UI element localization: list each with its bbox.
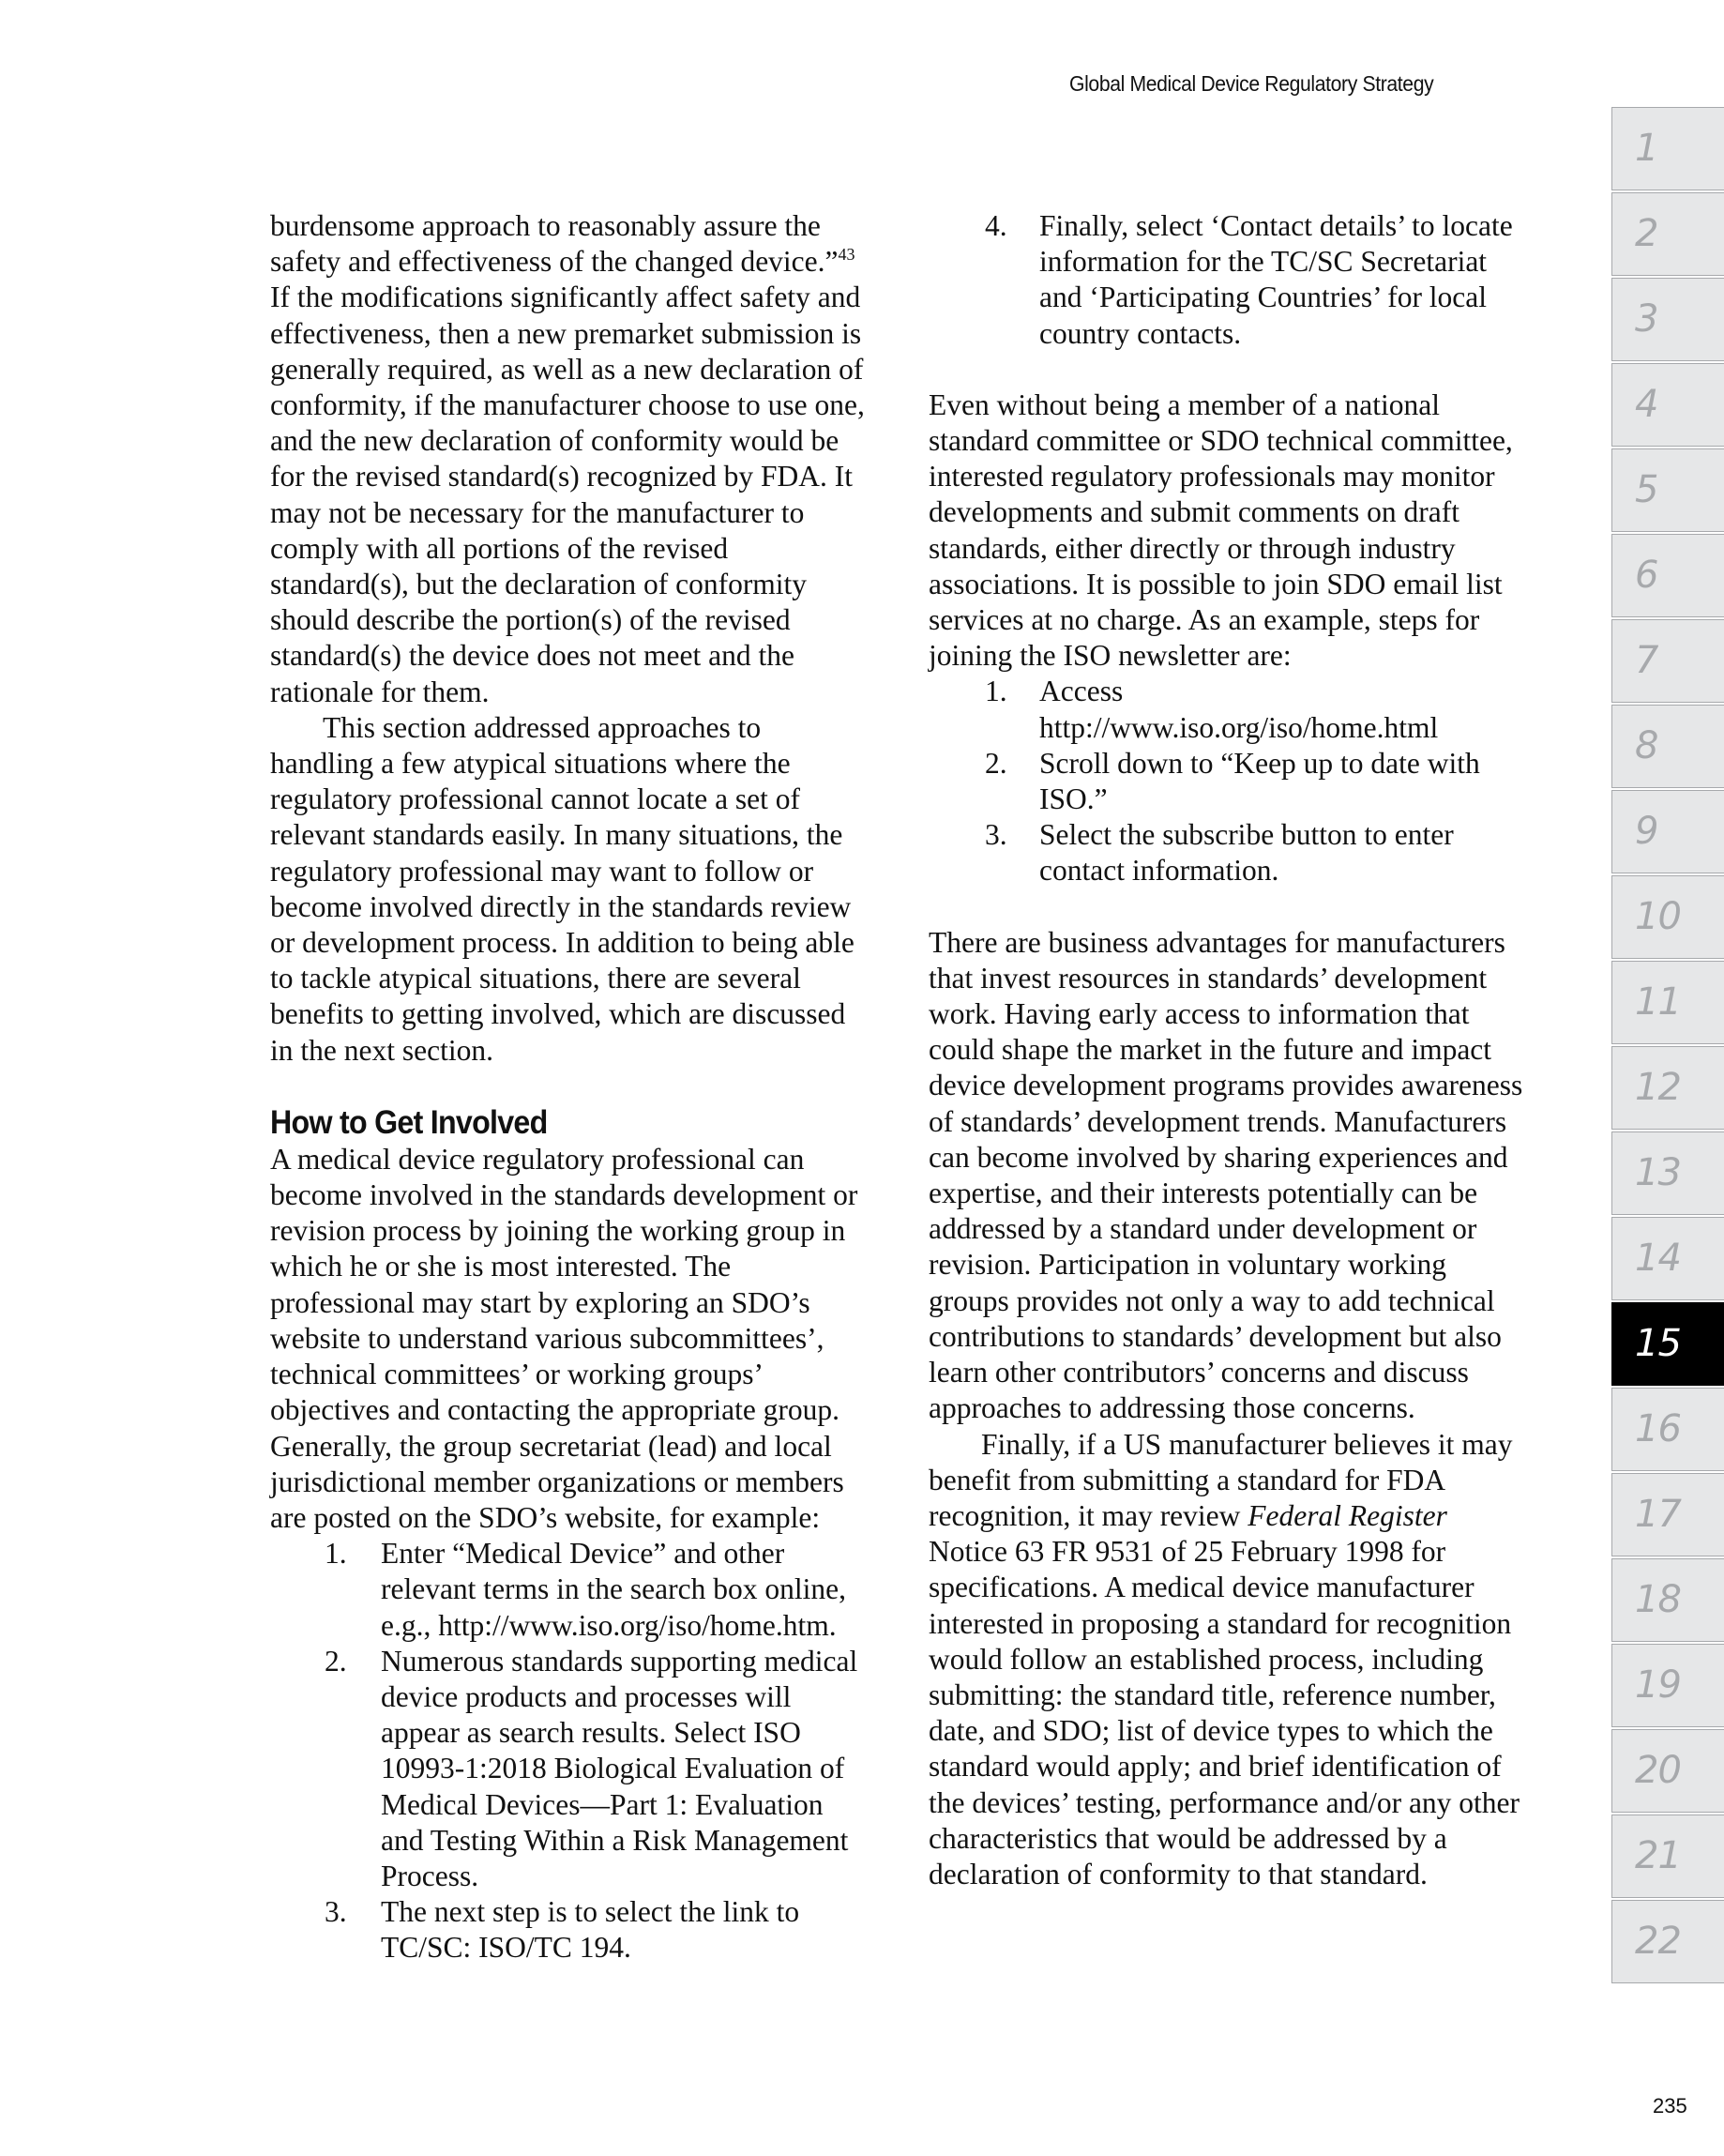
list-item: 1.Access http://www.iso.org/iso/home.htm… <box>929 674 1529 745</box>
section-heading: How to Get Involved <box>270 1104 823 1142</box>
paragraph-text: Notice 63 FR 9531 of 25 February 1998 fo… <box>929 1535 1520 1890</box>
body-paragraph: This section addressed approaches to han… <box>270 710 870 1069</box>
footnote-reference[interactable]: 43 <box>839 245 855 264</box>
steps-list: 1.Enter “Medical Device” and other relev… <box>270 1536 870 1966</box>
right-column: 4.Finally, select ‘Contact details’ to l… <box>929 208 1529 1892</box>
body-paragraph: A medical device regulatory professional… <box>270 1142 870 1536</box>
list-item-text: Numerous standards supporting medical de… <box>381 1645 857 1892</box>
list-number: 3. <box>325 1894 347 1930</box>
list-number: 1. <box>325 1536 347 1571</box>
chapter-tab-2[interactable]: 2 <box>1611 192 1724 276</box>
chapter-tabs: 1 2 3 4 5 6 7 8 9 10 11 12 13 14 15 16 1… <box>1611 107 1724 1985</box>
list-item-text: Scroll down to “Keep up to date with ISO… <box>1039 747 1480 815</box>
list-item-text: Access http://www.iso.org/iso/home.html <box>1039 675 1438 743</box>
list-item-text: Enter “Medical Device” and other relevan… <box>381 1537 846 1641</box>
body-paragraph: burdensome approach to reasonably assure… <box>270 208 870 710</box>
paragraph-text: burdensome approach to reasonably assure… <box>270 209 839 278</box>
list-number: 4. <box>985 208 1007 244</box>
chapter-tab-16[interactable]: 16 <box>1611 1388 1724 1471</box>
body-paragraph: Finally, if a US manufacturer believes i… <box>929 1427 1529 1893</box>
chapter-tab-20[interactable]: 20 <box>1611 1729 1724 1813</box>
list-item-text: Finally, select ‘Contact details’ to loc… <box>1039 209 1513 350</box>
list-item: 3.The next step is to select the link to… <box>270 1894 870 1966</box>
chapter-tab-15-active[interactable]: 15 <box>1611 1302 1724 1386</box>
chapter-tab-3[interactable]: 3 <box>1611 278 1724 361</box>
list-item: 2.Scroll down to “Keep up to date with I… <box>929 746 1529 817</box>
chapter-tab-4[interactable]: 4 <box>1611 363 1724 447</box>
list-number: 3. <box>985 817 1007 853</box>
body-paragraph: There are business advantages for manufa… <box>929 925 1529 1427</box>
paragraph-text: If the modifications significantly affec… <box>270 281 865 707</box>
list-item: 2.Numerous standards supporting medical … <box>270 1644 870 1894</box>
chapter-tab-12[interactable]: 12 <box>1611 1046 1724 1130</box>
steps-list-continued: 4.Finally, select ‘Contact details’ to l… <box>929 208 1529 352</box>
page-number: 235 <box>1653 2094 1687 2118</box>
chapter-tab-8[interactable]: 8 <box>1611 705 1724 788</box>
chapter-tab-1[interactable]: 1 <box>1611 107 1724 190</box>
list-number: 1. <box>985 674 1007 709</box>
chapter-tab-18[interactable]: 18 <box>1611 1558 1724 1642</box>
list-item-text: Select the subscribe button to enter con… <box>1039 818 1454 887</box>
publication-title: Federal Register <box>1248 1499 1447 1532</box>
chapter-tab-22[interactable]: 22 <box>1611 1900 1724 1983</box>
list-item: 3.Select the subscribe button to enter c… <box>929 817 1529 888</box>
chapter-tab-21[interactable]: 21 <box>1611 1814 1724 1898</box>
chapter-tab-7[interactable]: 7 <box>1611 619 1724 703</box>
running-header-title: Global Medical Device Regulatory Strateg… <box>1069 71 1479 97</box>
chapter-tab-6[interactable]: 6 <box>1611 534 1724 617</box>
body-paragraph: Even without being a member of a nationa… <box>929 387 1529 675</box>
chapter-tab-10[interactable]: 10 <box>1611 875 1724 959</box>
newsletter-steps-list: 1.Access http://www.iso.org/iso/home.htm… <box>929 674 1529 888</box>
chapter-tab-14[interactable]: 14 <box>1611 1217 1724 1300</box>
chapter-tab-17[interactable]: 17 <box>1611 1473 1724 1556</box>
chapter-tab-13[interactable]: 13 <box>1611 1131 1724 1215</box>
chapter-tab-9[interactable]: 9 <box>1611 790 1724 873</box>
chapter-tab-5[interactable]: 5 <box>1611 448 1724 532</box>
list-item-text: The next step is to select the link to T… <box>381 1895 799 1964</box>
list-number: 2. <box>325 1644 347 1679</box>
chapter-tab-11[interactable]: 11 <box>1611 961 1724 1044</box>
list-item: 1.Enter “Medical Device” and other relev… <box>270 1536 870 1644</box>
list-number: 2. <box>985 746 1007 782</box>
left-column: burdensome approach to reasonably assure… <box>270 208 870 1966</box>
chapter-tab-19[interactable]: 19 <box>1611 1644 1724 1727</box>
list-item: 4.Finally, select ‘Contact details’ to l… <box>929 208 1529 352</box>
